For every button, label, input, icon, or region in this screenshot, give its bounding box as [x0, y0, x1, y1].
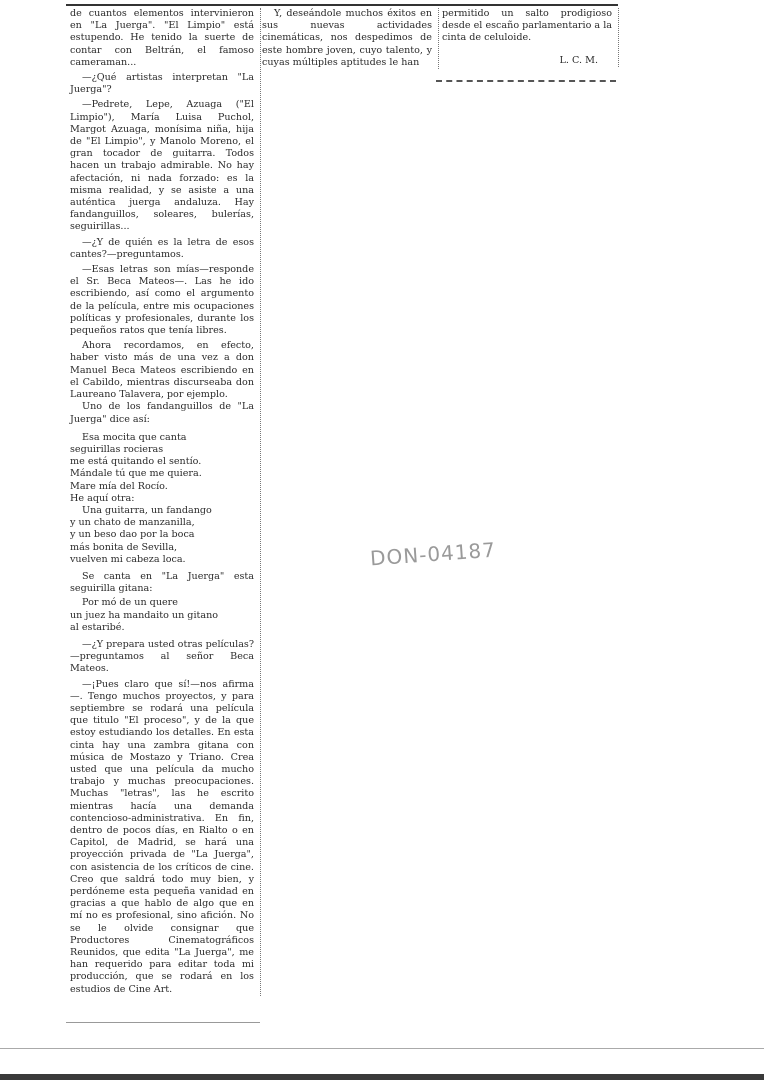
verse-line: al estaribé. [70, 622, 254, 634]
verse-seguirilla: Por mó de un querе un juez ha mandaito u… [70, 597, 254, 634]
paragraph: —¿Y prepara usted otras películas?—pregu… [70, 639, 254, 676]
verse-line: un juez ha mandaito un gitano [70, 610, 254, 622]
author-signature: L. C. M. [442, 55, 612, 67]
paragraph: de cuantos elementos intervinieron en "L… [70, 8, 254, 69]
verse-fandanguillo-1: Esa mocita que canta seguirillas rociera… [70, 432, 254, 566]
article-column-1: de cuantos elementos intervinieron en "L… [70, 8, 261, 996]
masthead-rule [66, 0, 618, 6]
scan-page-edge [0, 1048, 764, 1049]
verse-line: Mándale tú que me quiera. [70, 468, 254, 480]
paragraph: —¿Y de quién es la letra de esos cantes?… [70, 237, 254, 261]
handwritten-archive-code: DON-04187 [369, 538, 496, 571]
verse-line: más bonita de Sevilla, [70, 542, 254, 554]
article-column-3: permitido un salto prodigioso desde el e… [442, 8, 619, 67]
scan-bottom-border [0, 1074, 764, 1080]
paragraph: Uno de los fandanguillos de "La Juerga" … [70, 401, 254, 425]
verse-line: seguirillas rocieras [70, 444, 254, 456]
paragraph: —¿Qué artistas interpretan "La Juerga"? [70, 72, 254, 96]
verse-line: Una guitarra, un fandango [70, 505, 254, 517]
paragraph: Ahora recordamos, en efecto, haber visto… [70, 340, 254, 401]
article-column-2: Y, deseándole muchos éxitos en sus nueva… [262, 8, 439, 69]
verse-line: Esa mocita que canta [70, 432, 254, 444]
verse-intro: He aquí otra: [70, 493, 254, 505]
verse-line: Mare mía del Rocío. [70, 481, 254, 493]
verse-line: me está quitando el sentío. [70, 456, 254, 468]
paragraph: —Esas letras son mías—responde el Sr. Be… [70, 264, 254, 337]
verse-line: y un chato de manzanilla, [70, 517, 254, 529]
verse-line: Por mó de un querе [70, 597, 254, 609]
paragraph: Y, deseándole muchos éxitos en sus nueva… [262, 8, 432, 69]
paragraph: permitido un salto prodigioso desde el e… [442, 8, 612, 45]
article-end-rule [436, 80, 616, 82]
paragraph: Se canta en "La Juerga" esta seguirilla … [70, 571, 254, 595]
paragraph: —Pedrete, Lepe, Azuaga ("El Limpio"), Ma… [70, 99, 254, 233]
verse-line: vuelven mi cabeza loca. [70, 554, 254, 566]
paragraph: —¡Pues claro que sí!—nos afirma—. Tengo … [70, 679, 254, 996]
column-end-rule [66, 1022, 260, 1023]
verse-line: y un beso dao por la boca [70, 529, 254, 541]
